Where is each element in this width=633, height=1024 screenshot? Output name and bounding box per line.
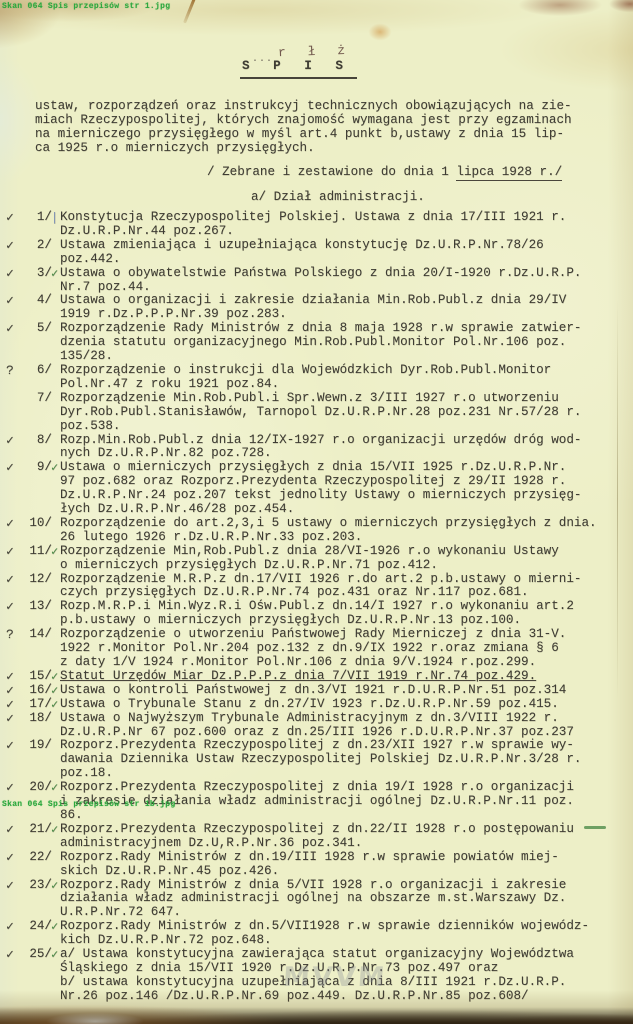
list-item: ✓ 16/ ✓ Ustawa o kontroli Państwowej z d… xyxy=(4,684,627,698)
item-number: 18/ xyxy=(24,712,52,726)
list-item: ✓ 18/ Ustawa o Najwyższym Trybunale Admi… xyxy=(4,712,627,740)
item-text-line: a/ Ustawa konstytucyjna zawierająca stat… xyxy=(60,948,627,962)
check-mark: ✓ xyxy=(4,267,24,281)
item-text: Rozporządzenie o instrukcji dla Wojewódz… xyxy=(60,364,627,392)
item-text-line: Ustawa zmieniająca i uzupełniająca konst… xyxy=(60,239,627,253)
item-text: Ustawa o kontroli Państwowej z dn.3/VI 1… xyxy=(60,684,627,698)
item-text-line: Rozporządzenie Min.Rob.Publ.i Spr.Wewn.z… xyxy=(60,392,627,406)
item-text-line: Rozp.Min.Rob.Publ.z dnia 12/IX-1927 r.o … xyxy=(60,434,627,448)
title-overtype-marks: r ł ż xyxy=(278,43,352,61)
scanned-document-page: Skan 064 Spis przepisów str 1.jpg ... r … xyxy=(0,0,633,1024)
list-item: ? 6/ Rozporządzenie o instrukcji dla Woj… xyxy=(4,364,627,392)
item-text-line: Ustawa o Trybunale Stanu z dn.27/IV 1923… xyxy=(60,698,627,712)
item-number: 11/ xyxy=(24,545,52,559)
item-text-line: Statut Urzędów Miar Dz.P.P.P.z dnia 7/VI… xyxy=(60,670,627,684)
item-number: 3/ xyxy=(24,267,52,281)
item-text-line: Ustawa o organizacji i zakresie działani… xyxy=(60,294,627,308)
item-number: 2/ xyxy=(24,239,52,253)
list-item: ✓ 2/ Ustawa zmieniająca i uzupełniająca … xyxy=(4,239,627,267)
list-item: ✓ 13/ Rozp.M.R.P.i Min.Wyz.R.i Ośw.Publ.… xyxy=(4,600,627,628)
item-text-line: działania władz administracji ogólnej na… xyxy=(60,892,627,906)
item-text-line: Dz.U.R.P.Nr.24 poz.207 tekst jednolity U… xyxy=(60,489,627,503)
compiled-note-underlined: lipca 1928 r./ xyxy=(456,165,562,181)
item-text-line: Rozporz.Rady Ministrów z dnia 5/VII 1928… xyxy=(60,879,627,893)
check-mark: ✓ xyxy=(4,823,24,837)
item-text-line: poz.442. xyxy=(60,253,627,267)
check-mark: ✓ xyxy=(4,545,24,559)
item-text-line: Rozporz.Prezydenta Rzeczypospolitej z dn… xyxy=(60,739,627,753)
item-text-line: Dz.U.R.P.Nr.44 poz.267. xyxy=(60,225,627,239)
item-number: 24/ xyxy=(24,920,52,934)
item-text-line: 26 lutego 1926 r.Dz.U.R.P.Nr.33 poz.203. xyxy=(60,531,627,545)
item-text-line: o mierniczych przysięgłych Dz.U.R.P.Nr.7… xyxy=(60,559,627,573)
item-text: Rozporz.Rady Ministrów z dnia 5/VII 1928… xyxy=(60,879,627,921)
watermark-text: MVVM xyxy=(282,962,388,993)
item-text-line: Ustawa o mierniczych przysięgłych z dnia… xyxy=(60,461,627,475)
item-text-line: 86. xyxy=(60,809,627,823)
check-mark: ✓ xyxy=(4,698,24,712)
item-text-line: U.R.P.Nr.72 647. xyxy=(60,906,627,920)
compiled-note: / Zebrane i zestawione do dnia 1 lipca 1… xyxy=(207,166,562,180)
item-text-line: skich Dz.U.R.P.Nr.45 poz.426. xyxy=(60,865,627,879)
check-mark: ? xyxy=(4,364,24,378)
list-item: ✓ 19/ Rozporz.Prezydenta Rzeczypospolite… xyxy=(4,739,627,781)
check-mark: ✓ xyxy=(4,434,24,448)
paper-crease xyxy=(617,300,618,700)
item-text-line: czych przysięgłych Dz.U.R.P.Nr.74 poz.43… xyxy=(60,586,627,600)
item-number: 14/ xyxy=(24,628,52,642)
list-item: ✓ 11/ ✓ Rozporządzenie Min,Rob.Publ.z dn… xyxy=(4,545,627,573)
item-number: 19/ xyxy=(24,739,52,753)
item-text-line: kich Dz.U.R.P.Nr.72 poz.648. xyxy=(60,934,627,948)
check-mark: ✓ xyxy=(4,461,24,475)
item-number: 23/ xyxy=(24,879,52,893)
item-text-line: Rozp.M.R.P.i Min.Wyz.R.i Ośw.Publ.z dn.1… xyxy=(60,600,627,614)
item-text-line: Konstytucja Rzeczypospolitej Polskiej. U… xyxy=(60,211,627,225)
green-dash-mark xyxy=(584,826,606,829)
item-text-line: Rozporządzenie M.R.P.z dn.17/VII 1926 r.… xyxy=(60,573,627,587)
item-text-line: Rozporządzenie do art.2,3,i 5 ustawy o m… xyxy=(60,517,627,531)
check-mark: ✓ xyxy=(4,879,24,893)
list-item: ✓ 24/ ✓ Rozporz.Rady Ministrów z dn.5/VI… xyxy=(4,920,627,948)
item-text-line: Ustawa o obywatelstwie Państwa Polskiego… xyxy=(60,267,627,281)
list-item: ✓ 3/ ✓ Ustawa o obywatelstwie Państwa Po… xyxy=(4,267,627,295)
item-text: Rozporz.Rady Ministrów z dn.5/VII1928 r.… xyxy=(60,920,627,948)
item-text-line: Ustawa o kontroli Państwowej z dn.3/VI 1… xyxy=(60,684,627,698)
list-item: ? 14/ Rozporządzenie o utworzeniu Państw… xyxy=(4,628,627,670)
check-mark: ✓ xyxy=(4,517,24,531)
item-text-line: Dz.U.R.P.Nr 67 poz.600 oraz z dn.25/III … xyxy=(60,726,627,740)
item-number: 22/ xyxy=(24,851,52,865)
list-item: ✓ 17/ ✓ Ustawa o Trybunale Stanu z dn.27… xyxy=(4,698,627,712)
item-number: 10/ xyxy=(24,517,52,531)
item-text-line: Ustawa o Najwyższym Trybunale Administra… xyxy=(60,712,627,726)
item-number: 7/ xyxy=(24,392,52,406)
section-heading: a/ Dział administracji. xyxy=(251,191,425,205)
check-mark: ✓ xyxy=(4,211,24,225)
item-text-line: z daty 1/V 1924 r.Monitor Pol.Nr.106 z d… xyxy=(60,656,627,670)
item-text-line: poz.538. xyxy=(60,420,627,434)
check-mark: ✓ xyxy=(4,851,24,865)
item-number: 12/ xyxy=(24,573,52,587)
item-text-line: Rozporz.Prezydenta Rzeczypospolitej z dn… xyxy=(60,823,627,837)
scan-filename-label-middle: Skan 064 Spis przepisów str 1b.jpg xyxy=(2,800,175,809)
list-item: ✓ 1/ | Konstytucja Rzeczypospolitej Pols… xyxy=(4,211,627,239)
item-number: 20/ xyxy=(24,781,52,795)
item-number: 5/ xyxy=(24,322,52,336)
item-text: Rozp.M.R.P.i Min.Wyz.R.i Ośw.Publ.z dn.1… xyxy=(60,600,627,628)
item-number: 1/ xyxy=(24,211,52,225)
item-text: Rozporządzenie do art.2,3,i 5 ustawy o m… xyxy=(60,517,627,545)
item-number: 25/ xyxy=(24,948,52,962)
list-item: ✓ 15/ ✓ Statut Urzędów Miar Dz.P.P.P.z d… xyxy=(4,670,627,684)
check-mark: ✓ xyxy=(4,294,24,308)
check-mark: ✓ xyxy=(4,573,24,587)
check-mark: ✓ xyxy=(4,920,24,934)
item-text-line: 135/28. xyxy=(60,350,627,364)
list-item: ✓ 9/ ✓ Ustawa o mierniczych przysięgłych… xyxy=(4,461,627,517)
item-text-line: Pol.Nr.47 z roku 1921 poz.84. xyxy=(60,378,627,392)
item-text: Ustawa o mierniczych przysięgłych z dnia… xyxy=(60,461,627,517)
item-number: 21/ xyxy=(24,823,52,837)
scan-filename-label-top: Skan 064 Spis przepisów str 1.jpg xyxy=(2,2,170,11)
item-text: Statut Urzędów Miar Dz.P.P.P.z dnia 7/VI… xyxy=(60,670,627,684)
item-text: Rozporządzenie M.R.P.z dn.17/VII 1926 r.… xyxy=(60,573,627,601)
item-text-line: łych Dz.U.R.P.Nr.46/28 poz.454. xyxy=(60,503,627,517)
compiled-note-pre: / Zebrane i zestawione do dnia 1 xyxy=(207,165,456,179)
page-title: S P I S xyxy=(240,60,357,79)
check-mark: ✓ xyxy=(4,712,24,726)
list-item: 7/ Rozporządzenie Min.Rob.Publ.i Spr.Wew… xyxy=(4,392,627,434)
intro-paragraph: ustaw, rozporządzeń oraz instrukcyj tech… xyxy=(35,100,572,156)
item-text: Rozporz.Prezydenta Rzeczypospolitej z dn… xyxy=(60,823,627,851)
check-mark: ✓ xyxy=(4,600,24,614)
item-number: 6/ xyxy=(24,364,52,378)
item-text: Ustawa zmieniająca i uzupełniająca konst… xyxy=(60,239,627,267)
check-mark: ✓ xyxy=(4,948,24,962)
item-text: Rozporz.Prezydenta Rzeczypospolitej z dn… xyxy=(60,739,627,781)
item-text-line: Rozporządzenie o instrukcji dla Wojewódz… xyxy=(60,364,627,378)
item-text: Rozporządzenie Min.Rob.Publ.i Spr.Wewn.z… xyxy=(60,392,627,434)
list-item: ✓ 12/ Rozporządzenie M.R.P.z dn.17/VII 1… xyxy=(4,573,627,601)
item-text-line: Rozporządzenie o utworzeniu Państwowej R… xyxy=(60,628,627,642)
item-text-line: 1922 r.Monitor Pol.Nr.204 poz.132 z dn.9… xyxy=(60,642,627,656)
scan-bottom-edge xyxy=(0,990,633,1024)
item-text: Rozporz.Rady Ministrów z dn.19/III 1928 … xyxy=(60,851,627,879)
item-number: 13/ xyxy=(24,600,52,614)
item-text-line: Dyr.Rob.Publ.Stanisławów, Tarnopol Dz.U.… xyxy=(60,406,627,420)
item-number: 9/ xyxy=(24,461,52,475)
item-text: Rozporządzenie o utworzeniu Państwowej R… xyxy=(60,628,627,670)
act-list: ✓ 1/ | Konstytucja Rzeczypospolitej Pols… xyxy=(4,211,627,1004)
item-text-line: Rozporządzenie Min,Rob.Publ.z dnia 28/VI… xyxy=(60,545,627,559)
check-mark: ✓ xyxy=(4,670,24,684)
item-text: Konstytucja Rzeczypospolitej Polskiej. U… xyxy=(60,211,627,239)
list-item: ✓ 10/ Rozporządzenie do art.2,3,i 5 usta… xyxy=(4,517,627,545)
item-number: 15/ xyxy=(24,670,52,684)
item-text-line: nych Dz.U.R.P.Nr.82 poz.728. xyxy=(60,447,627,461)
item-text-line: 97 poz.682 oraz Rozporz.Prezydenta Rzecz… xyxy=(60,475,627,489)
item-text: Rozporządzenie Rady Ministrów z dnia 8 m… xyxy=(60,322,627,364)
check-mark: ✓ xyxy=(4,322,24,336)
scratch-mark xyxy=(183,0,196,24)
check-mark: ✓ xyxy=(4,739,24,753)
item-text: Rozporządzenie Min,Rob.Publ.z dnia 28/VI… xyxy=(60,545,627,573)
check-mark: ? xyxy=(4,628,24,642)
list-item: ✓ 23/ ✓ Rozporz.Rady Ministrów z dnia 5/… xyxy=(4,879,627,921)
item-text: Ustawa o obywatelstwie Państwa Polskiego… xyxy=(60,267,627,295)
list-item: ✓ 21/ ✓ Rozporz.Prezydenta Rzeczypospoli… xyxy=(4,823,627,851)
item-text: Ustawa o Trybunale Stanu z dn.27/IV 1923… xyxy=(60,698,627,712)
item-text-line: Rozporz.Rady Ministrów z dn.19/III 1928 … xyxy=(60,851,627,865)
item-number: 4/ xyxy=(24,294,52,308)
item-text-line: poz.18. xyxy=(60,767,627,781)
list-item: ✓ 22/ Rozporz.Rady Ministrów z dn.19/III… xyxy=(4,851,627,879)
list-item: ✓ 8/ Rozp.Min.Rob.Publ.z dnia 12/IX-1927… xyxy=(4,434,627,462)
item-text-line: administracyjnem Dz.U,R.P.Nr.36 poz.341. xyxy=(60,837,627,851)
item-text-line: Nr.7 poz.44. xyxy=(60,281,627,295)
list-item: ✓ 5/ Rozporządzenie Rady Ministrów z dni… xyxy=(4,322,627,364)
item-text-line: p.b.ustawy o mierniczych przysięgłych Dz… xyxy=(60,614,627,628)
item-text: Ustawa o organizacji i zakresie działani… xyxy=(60,294,627,322)
item-text-line: dzenia statutu organizacyjnego Min.Rob.P… xyxy=(60,336,627,350)
item-text: Ustawa o Najwyższym Trybunale Administra… xyxy=(60,712,627,740)
item-text-line: dawania Dziennika Ustaw Rzeczypospolitej… xyxy=(60,753,627,767)
item-number: 8/ xyxy=(24,434,52,448)
item-text: Rozp.Min.Rob.Publ.z dnia 12/IX-1927 r.o … xyxy=(60,434,627,462)
list-item: ✓ 4/ Ustawa o organizacji i zakresie dzi… xyxy=(4,294,627,322)
item-text-line: 1919 r.Dz.P.P.P.Nr.39 poz.283. xyxy=(60,308,627,322)
item-text-line: Rozporządzenie Rady Ministrów z dnia 8 m… xyxy=(60,322,627,336)
item-number: 17/ xyxy=(24,698,52,712)
check-mark: ✓ xyxy=(4,781,24,795)
item-number: 16/ xyxy=(24,684,52,698)
check-mark: ✓ xyxy=(4,239,24,253)
check-mark: ✓ xyxy=(4,684,24,698)
item-text-line: Rozporz.Rady Ministrów z dn.5/VII1928 r.… xyxy=(60,920,627,934)
item-text-line: Rozporz.Prezydenta Rzeczypospolitej z dn… xyxy=(60,781,627,795)
